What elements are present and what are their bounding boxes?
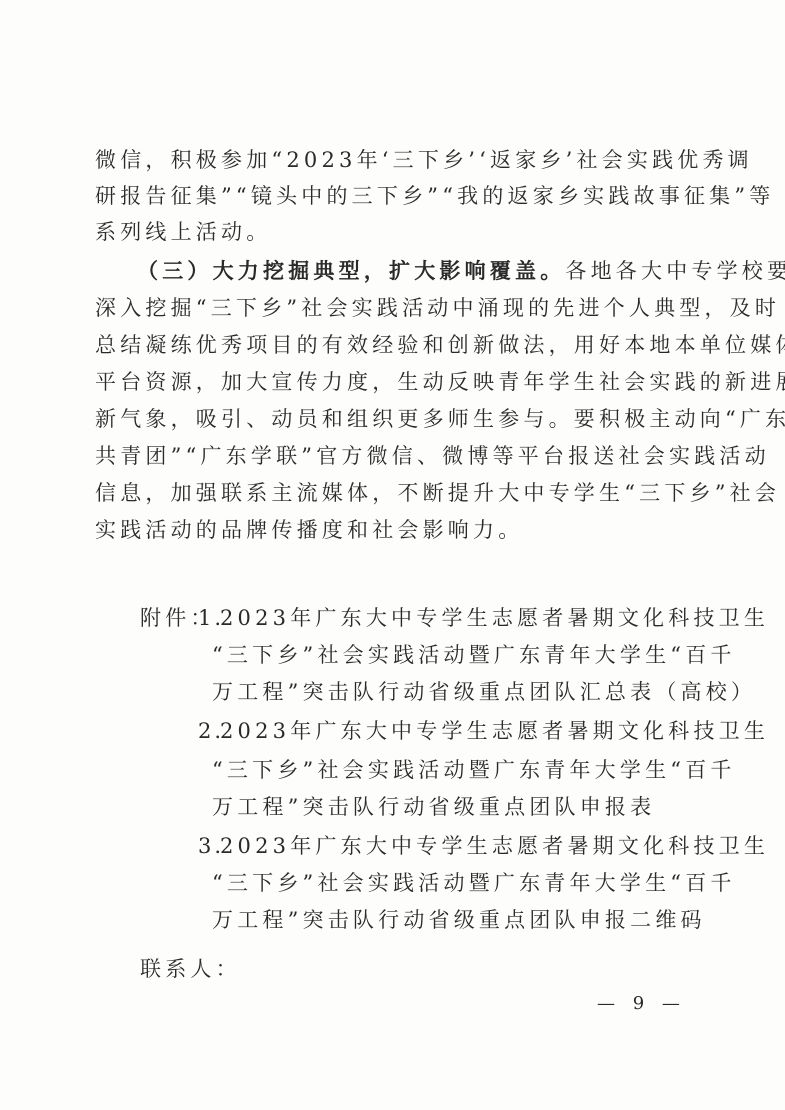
- text-span: 各地各大中专学校要: [565, 259, 785, 283]
- text-line: 万工程”突击队行动省级重点团队申报表: [212, 794, 655, 820]
- text-line: 万工程”突击队行动省级重点团队汇总表（高校）: [212, 679, 756, 705]
- text-line: 总结凝练优秀项目的有效经验和创新做法，用好本地本单位媒体: [95, 332, 785, 358]
- text-line: 微信，积极参加“2023年‘三下乡’‘返家乡’社会实践优秀调: [95, 147, 753, 173]
- text-line: 研报告征集”“镜头中的三下乡”“我的返家乡实践故事征集”等: [95, 183, 774, 209]
- text-line: 系列线上活动。: [95, 219, 271, 245]
- section-heading: （三）大力挖掘典型，扩大影响覆盖。: [137, 258, 565, 283]
- text-line: 2023年广东大中专学生志愿者暑期文化科技卫生: [220, 718, 769, 744]
- text-line: 2023年广东大中专学生志愿者暑期文化科技卫生: [220, 833, 769, 859]
- text-line: 万工程”突击队行动省级重点团队申报二维码: [212, 907, 706, 933]
- text-line: “三下乡”社会实践活动暨广东青年大学生“百千: [212, 757, 736, 783]
- text-line: （三）大力挖掘典型，扩大影响覆盖。各地各大中专学校要: [137, 258, 785, 284]
- page-number: — 9 —: [597, 993, 686, 1014]
- text-line: 2023年广东大中专学生志愿者暑期文化科技卫生: [220, 605, 769, 631]
- text-line: 深入挖掘“三下乡”社会实践活动中涌现的先进个人典型，及时: [95, 295, 780, 321]
- text-line: 平台资源，加大宣传力度，生动反映青年学生社会实践的新进展: [95, 369, 785, 395]
- text-line: “三下乡”社会实践活动暨广东青年大学生“百千: [212, 642, 736, 668]
- text-line: 实践活动的品牌传播度和社会影响力。: [95, 517, 523, 543]
- text-line: 共青团”“广东学联”官方微信、微博等平台报送社会实践活动: [95, 443, 770, 469]
- text-line: 信息，加强联系主流媒体，不断提升大中专学生“三下乡”社会: [95, 480, 780, 506]
- contact-label: 联系人：: [140, 956, 241, 982]
- text-line: “三下乡”社会实践活动暨广东青年大学生“百千: [212, 870, 736, 896]
- text-line: 新气象，吸引、动员和组织更多师生参与。要积极主动向“广东: [95, 406, 785, 432]
